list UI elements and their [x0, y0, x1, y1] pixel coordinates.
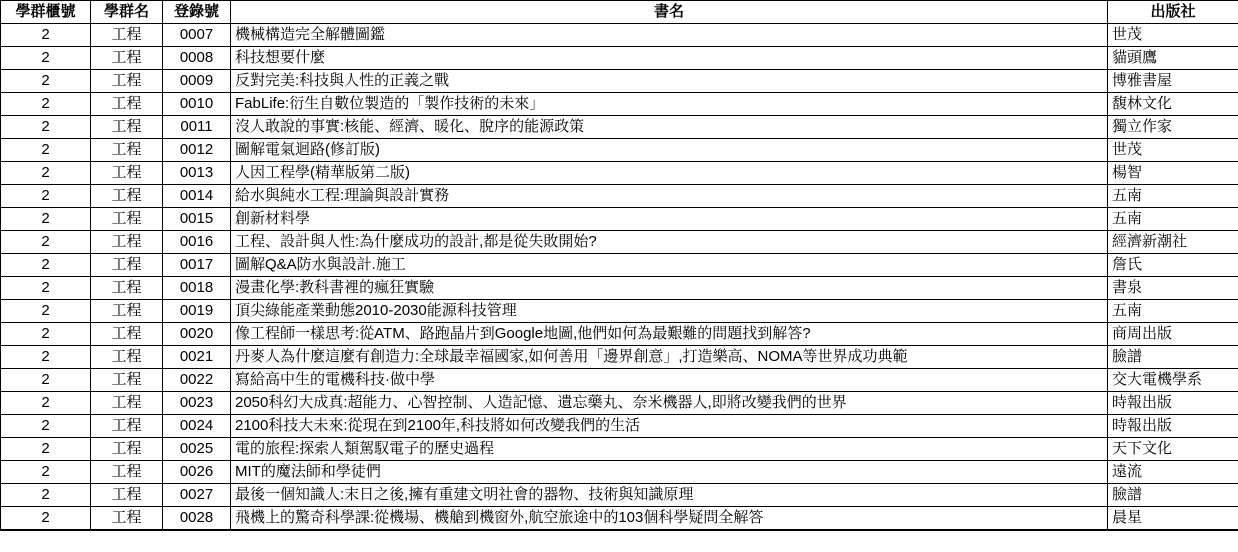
cell-publisher: 晨星 [1108, 507, 1238, 531]
cell-book-title: 漫畫化學:教科書裡的瘋狂實驗 [231, 277, 1108, 300]
table-row: 2 工程 0016 工程、設計與人性:為什麼成功的設計,都是從失敗開始? 經濟新… [1, 231, 1238, 254]
cell-group-name: 工程 [91, 346, 163, 369]
cell-book-title: 沒人敢說的事實:核能、經濟、暖化、脫序的能源政策 [231, 116, 1108, 139]
table-row: 2 工程 0011 沒人敢說的事實:核能、經濟、暖化、脫序的能源政策 獨立作家 [1, 116, 1238, 139]
cell-book-title: 電的旅程:探索人類駕馭電子的歷史過程 [231, 438, 1108, 461]
cell-cabinet-number: 2 [1, 231, 91, 254]
cell-book-title: 2100科技大未來:從現在到2100年,科技將如何改變我們的生活 [231, 415, 1108, 438]
cell-registration-number: 0016 [163, 231, 231, 254]
cell-book-title: 給水與純水工程:理論與設計實務 [231, 185, 1108, 208]
cell-registration-number: 0023 [163, 392, 231, 415]
cell-publisher: 五南 [1108, 208, 1238, 231]
cell-book-title: 像工程師一樣思考:從ATM、路跑晶片到Google地圖,他們如何為最艱難的問題找… [231, 323, 1108, 346]
cell-publisher: 博雅書屋 [1108, 70, 1238, 93]
cell-book-title: 人因工程學(精華版第二版) [231, 162, 1108, 185]
cell-publisher: 經濟新潮社 [1108, 231, 1238, 254]
table-body: 2 工程 0007 機械構造完全解體圖鑑 世茂 2 工程 0008 科技想要什麼… [1, 24, 1238, 531]
cell-book-title: 飛機上的驚奇科學課:從機場、機艙到機窗外,航空旅途中的103個科學疑問全解答 [231, 507, 1108, 531]
cell-publisher: 天下文化 [1108, 438, 1238, 461]
cell-registration-number: 0026 [163, 461, 231, 484]
header-cabinet-number: 學群櫃號 [1, 1, 91, 24]
cell-registration-number: 0025 [163, 438, 231, 461]
cell-book-title: 頂尖綠能產業動態2010-2030能源科技管理 [231, 300, 1108, 323]
table-row: 2 工程 0012 圖解電氣迴路(修訂版) 世茂 [1, 139, 1238, 162]
table-row: 2 工程 0026 MIT的魔法師和學徒們 遠流 [1, 461, 1238, 484]
cell-cabinet-number: 2 [1, 24, 91, 47]
cell-registration-number: 0024 [163, 415, 231, 438]
cell-book-title: FabLife:衍生自數位製造的「製作技術的未來」 [231, 93, 1108, 116]
cell-registration-number: 0022 [163, 369, 231, 392]
cell-book-title: 2050科幻大成真:超能力、心智控制、人造記憶、遺忘藥丸、奈米機器人,即將改變我… [231, 392, 1108, 415]
table-row: 2 工程 0009 反對完美:科技與人性的正義之戰 博雅書屋 [1, 70, 1238, 93]
header-book-title: 書名 [231, 1, 1108, 24]
cell-group-name: 工程 [91, 208, 163, 231]
cell-publisher: 臉譜 [1108, 484, 1238, 507]
cell-group-name: 工程 [91, 369, 163, 392]
cell-registration-number: 0012 [163, 139, 231, 162]
cell-publisher: 時報出版 [1108, 415, 1238, 438]
cell-book-title: 創新材料學 [231, 208, 1108, 231]
cell-group-name: 工程 [91, 185, 163, 208]
cell-registration-number: 0007 [163, 24, 231, 47]
cell-registration-number: 0021 [163, 346, 231, 369]
cell-group-name: 工程 [91, 484, 163, 507]
cell-group-name: 工程 [91, 139, 163, 162]
cell-publisher: 商周出版 [1108, 323, 1238, 346]
cell-cabinet-number: 2 [1, 346, 91, 369]
cell-publisher: 五南 [1108, 185, 1238, 208]
table-row: 2 工程 0020 像工程師一樣思考:從ATM、路跑晶片到Google地圖,他們… [1, 323, 1238, 346]
cell-group-name: 工程 [91, 438, 163, 461]
cell-cabinet-number: 2 [1, 162, 91, 185]
cell-book-title: 丹麥人為什麼這麼有創造力:全球最幸福國家,如何善用「邊界創意」,打造樂高、NOM… [231, 346, 1108, 369]
cell-publisher: 臉譜 [1108, 346, 1238, 369]
table-row: 2 工程 0021 丹麥人為什麼這麼有創造力:全球最幸福國家,如何善用「邊界創意… [1, 346, 1238, 369]
book-list-table: 學群櫃號 學群名 登錄號 書名 出版社 2 工程 0007 機械構造完全解體圖鑑… [0, 0, 1238, 531]
cell-registration-number: 0017 [163, 254, 231, 277]
cell-cabinet-number: 2 [1, 438, 91, 461]
cell-registration-number: 0009 [163, 70, 231, 93]
cell-book-title: 圖解電氣迴路(修訂版) [231, 139, 1108, 162]
cell-registration-number: 0015 [163, 208, 231, 231]
cell-publisher: 馥林文化 [1108, 93, 1238, 116]
header-publisher: 出版社 [1108, 1, 1238, 24]
cell-publisher: 世茂 [1108, 139, 1238, 162]
cell-registration-number: 0010 [163, 93, 231, 116]
cell-registration-number: 0014 [163, 185, 231, 208]
cell-book-title: 寫給高中生的電機科技·做中學 [231, 369, 1108, 392]
cell-cabinet-number: 2 [1, 139, 91, 162]
cell-publisher: 獨立作家 [1108, 116, 1238, 139]
cell-book-title: 機械構造完全解體圖鑑 [231, 24, 1108, 47]
cell-book-title: 最後一個知識人:末日之後,擁有重建文明社會的器物、技術與知識原理 [231, 484, 1108, 507]
cell-publisher: 楊智 [1108, 162, 1238, 185]
table-row: 2 工程 0015 創新材料學 五南 [1, 208, 1238, 231]
table-row: 2 工程 0028 飛機上的驚奇科學課:從機場、機艙到機窗外,航空旅途中的103… [1, 507, 1238, 531]
cell-group-name: 工程 [91, 392, 163, 415]
header-registration-number: 登錄號 [163, 1, 231, 24]
table-row: 2 工程 0008 科技想要什麼 貓頭鷹 [1, 47, 1238, 70]
cell-publisher: 貓頭鷹 [1108, 47, 1238, 70]
cell-cabinet-number: 2 [1, 47, 91, 70]
cell-group-name: 工程 [91, 461, 163, 484]
table-row: 2 工程 0027 最後一個知識人:末日之後,擁有重建文明社會的器物、技術與知識… [1, 484, 1238, 507]
cell-cabinet-number: 2 [1, 484, 91, 507]
table-row: 2 工程 0018 漫畫化學:教科書裡的瘋狂實驗 書泉 [1, 277, 1238, 300]
table-row: 2 工程 0022 寫給高中生的電機科技·做中學 交大電機學系 [1, 369, 1238, 392]
cell-group-name: 工程 [91, 277, 163, 300]
cell-group-name: 工程 [91, 24, 163, 47]
cell-publisher: 交大電機學系 [1108, 369, 1238, 392]
cell-registration-number: 0027 [163, 484, 231, 507]
cell-publisher: 世茂 [1108, 24, 1238, 47]
cell-publisher: 遠流 [1108, 461, 1238, 484]
header-group-name: 學群名 [91, 1, 163, 24]
table-row: 2 工程 0014 給水與純水工程:理論與設計實務 五南 [1, 185, 1238, 208]
cell-registration-number: 0013 [163, 162, 231, 185]
cell-cabinet-number: 2 [1, 415, 91, 438]
cell-group-name: 工程 [91, 116, 163, 139]
cell-cabinet-number: 2 [1, 369, 91, 392]
table-row: 2 工程 0024 2100科技大未來:從現在到2100年,科技將如何改變我們的… [1, 415, 1238, 438]
cell-group-name: 工程 [91, 323, 163, 346]
cell-publisher: 時報出版 [1108, 392, 1238, 415]
cell-cabinet-number: 2 [1, 323, 91, 346]
cell-cabinet-number: 2 [1, 254, 91, 277]
cell-registration-number: 0020 [163, 323, 231, 346]
table-row: 2 工程 0025 電的旅程:探索人類駕馭電子的歷史過程 天下文化 [1, 438, 1238, 461]
cell-group-name: 工程 [91, 254, 163, 277]
cell-cabinet-number: 2 [1, 277, 91, 300]
cell-group-name: 工程 [91, 415, 163, 438]
cell-group-name: 工程 [91, 507, 163, 531]
cell-book-title: 科技想要什麼 [231, 47, 1108, 70]
cell-registration-number: 0008 [163, 47, 231, 70]
cell-cabinet-number: 2 [1, 70, 91, 93]
cell-book-title: MIT的魔法師和學徒們 [231, 461, 1108, 484]
cell-group-name: 工程 [91, 162, 163, 185]
cell-group-name: 工程 [91, 93, 163, 116]
cell-group-name: 工程 [91, 47, 163, 70]
cell-cabinet-number: 2 [1, 392, 91, 415]
cell-publisher: 詹氏 [1108, 254, 1238, 277]
table-row: 2 工程 0007 機械構造完全解體圖鑑 世茂 [1, 24, 1238, 47]
cell-book-title: 工程、設計與人性:為什麼成功的設計,都是從失敗開始? [231, 231, 1108, 254]
cell-book-title: 反對完美:科技與人性的正義之戰 [231, 70, 1108, 93]
cell-cabinet-number: 2 [1, 185, 91, 208]
cell-publisher: 五南 [1108, 300, 1238, 323]
table-row: 2 工程 0017 圖解Q&A防水與設計.施工 詹氏 [1, 254, 1238, 277]
table-row: 2 工程 0019 頂尖綠能產業動態2010-2030能源科技管理 五南 [1, 300, 1238, 323]
cell-registration-number: 0011 [163, 116, 231, 139]
cell-registration-number: 0018 [163, 277, 231, 300]
cell-book-title: 圖解Q&A防水與設計.施工 [231, 254, 1108, 277]
cell-cabinet-number: 2 [1, 208, 91, 231]
spreadsheet-page: 學群櫃號 學群名 登錄號 書名 出版社 2 工程 0007 機械構造完全解體圖鑑… [0, 0, 1238, 552]
cell-group-name: 工程 [91, 300, 163, 323]
cell-cabinet-number: 2 [1, 507, 91, 531]
cell-cabinet-number: 2 [1, 461, 91, 484]
cell-publisher: 書泉 [1108, 277, 1238, 300]
cell-cabinet-number: 2 [1, 93, 91, 116]
cell-group-name: 工程 [91, 231, 163, 254]
table-row: 2 工程 0010 FabLife:衍生自數位製造的「製作技術的未來」 馥林文化 [1, 93, 1238, 116]
cell-cabinet-number: 2 [1, 116, 91, 139]
cell-registration-number: 0028 [163, 507, 231, 531]
cell-group-name: 工程 [91, 70, 163, 93]
header-row: 學群櫃號 學群名 登錄號 書名 出版社 [1, 1, 1238, 24]
cell-registration-number: 0019 [163, 300, 231, 323]
table-row: 2 工程 0013 人因工程學(精華版第二版) 楊智 [1, 162, 1238, 185]
cell-cabinet-number: 2 [1, 300, 91, 323]
table-row: 2 工程 0023 2050科幻大成真:超能力、心智控制、人造記憶、遺忘藥丸、奈… [1, 392, 1238, 415]
